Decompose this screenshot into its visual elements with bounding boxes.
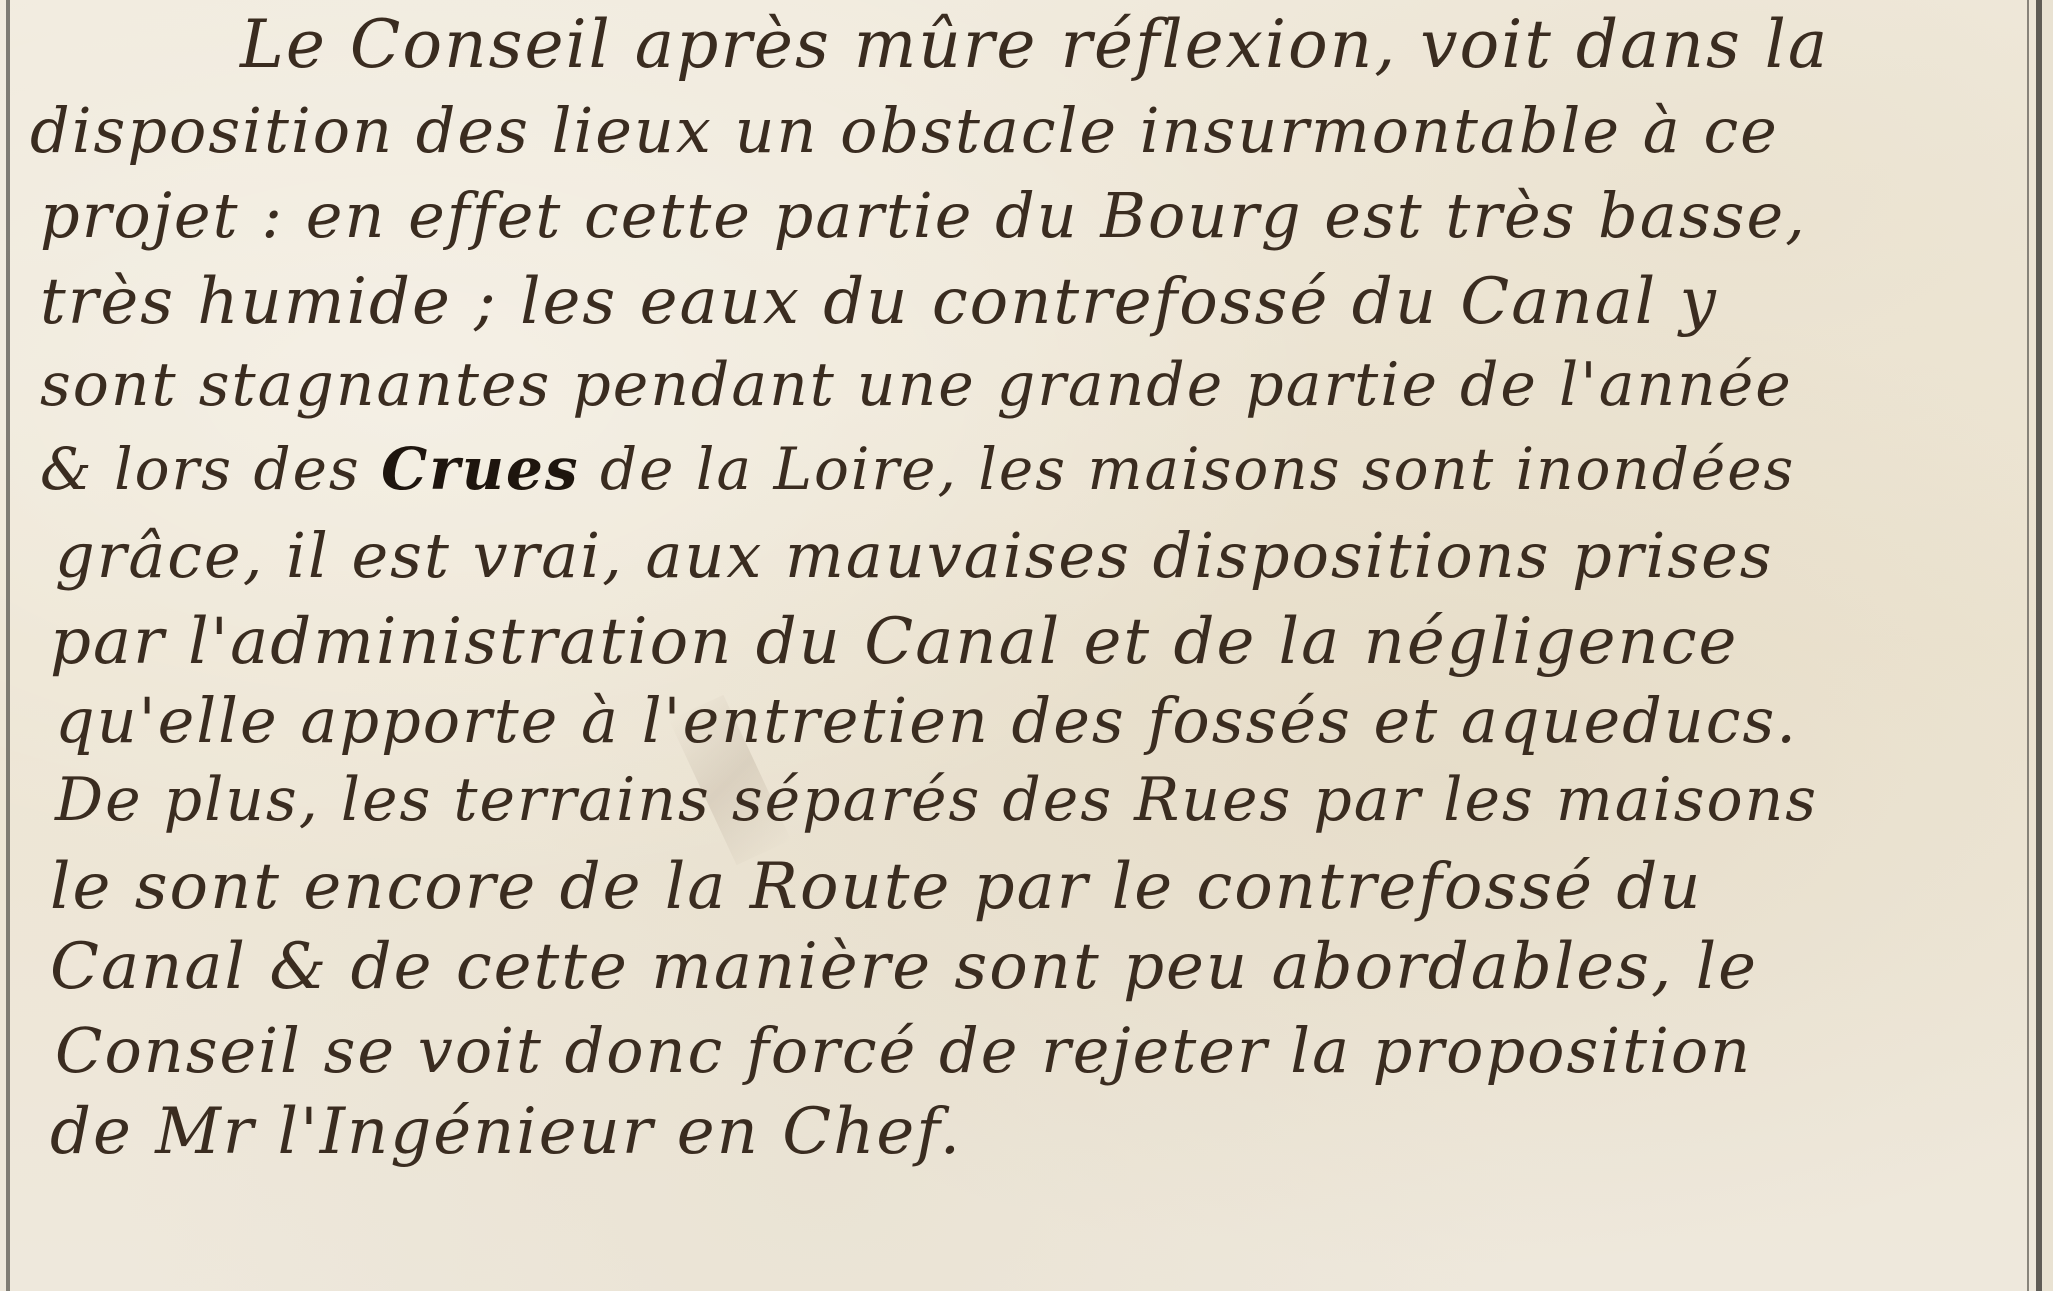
text-line: le sont encore de la Route par le contre… [50, 855, 1703, 919]
manuscript-page: Le Conseil après mûre réflexion, voit da… [0, 0, 2053, 1291]
line-text: De plus, les terrains séparés des Rues p… [55, 765, 1818, 835]
text-line: Conseil se voit donc forcé de rejeter la… [55, 1020, 1752, 1082]
text-line: projet : en effet cette partie du Bourg … [40, 185, 1807, 247]
text-line: très humide ; les eaux du contrefossé du… [40, 270, 1718, 334]
line-text: disposition des lieux un obstacle insurm… [30, 94, 1779, 167]
text-line: sont stagnantes pendant une grande parti… [40, 355, 1793, 415]
line-text-emphasis: Crues [381, 435, 579, 503]
text-line: Le Conseil après mûre réflexion, voit da… [240, 12, 1829, 78]
line-text: de Mr l'Ingénieur en Chef. [50, 1095, 962, 1169]
text-line: grâce, il est vrai, aux mauvaises dispos… [55, 525, 1774, 587]
text-line: disposition des lieux un obstacle insurm… [30, 100, 1779, 162]
line-text: qu'elle apporte à l'entretien des fossés… [55, 684, 1798, 757]
line-text: projet : en effet cette partie du Bourg … [40, 179, 1807, 252]
text-line: & lors des Crues de la Loire, les maison… [40, 440, 1795, 498]
right-margin-rule-inner [2027, 0, 2029, 1291]
line-text: le sont encore de la Route par le contre… [50, 850, 1703, 924]
line-text: Conseil se voit donc forcé de rejeter la… [55, 1014, 1752, 1087]
text-line: Canal & de cette manière sont peu aborda… [50, 935, 1758, 999]
line-text: par l'administration du Canal et de la n… [50, 605, 1738, 679]
line-text: sont stagnantes pendant une grande parti… [40, 350, 1793, 420]
text-line: qu'elle apporte à l'entretien des fossés… [55, 690, 1798, 752]
line-text: Canal & de cette manière sont peu aborda… [50, 930, 1758, 1004]
line-text: très humide ; les eaux du contrefossé du… [40, 265, 1718, 339]
line-text-after: de la Loire, les maisons sont inondées [580, 435, 1796, 503]
line-text: grâce, il est vrai, aux mauvaises dispos… [55, 519, 1774, 592]
page-edge [2042, 0, 2053, 1291]
left-margin-rule [6, 0, 10, 1291]
text-line: de Mr l'Ingénieur en Chef. [50, 1100, 962, 1164]
line-text: Le Conseil après mûre réflexion, voit da… [240, 6, 1829, 83]
text-line: par l'administration du Canal et de la n… [50, 610, 1738, 674]
line-text-before: & lors des [40, 435, 381, 503]
text-line: De plus, les terrains séparés des Rues p… [55, 770, 1818, 830]
